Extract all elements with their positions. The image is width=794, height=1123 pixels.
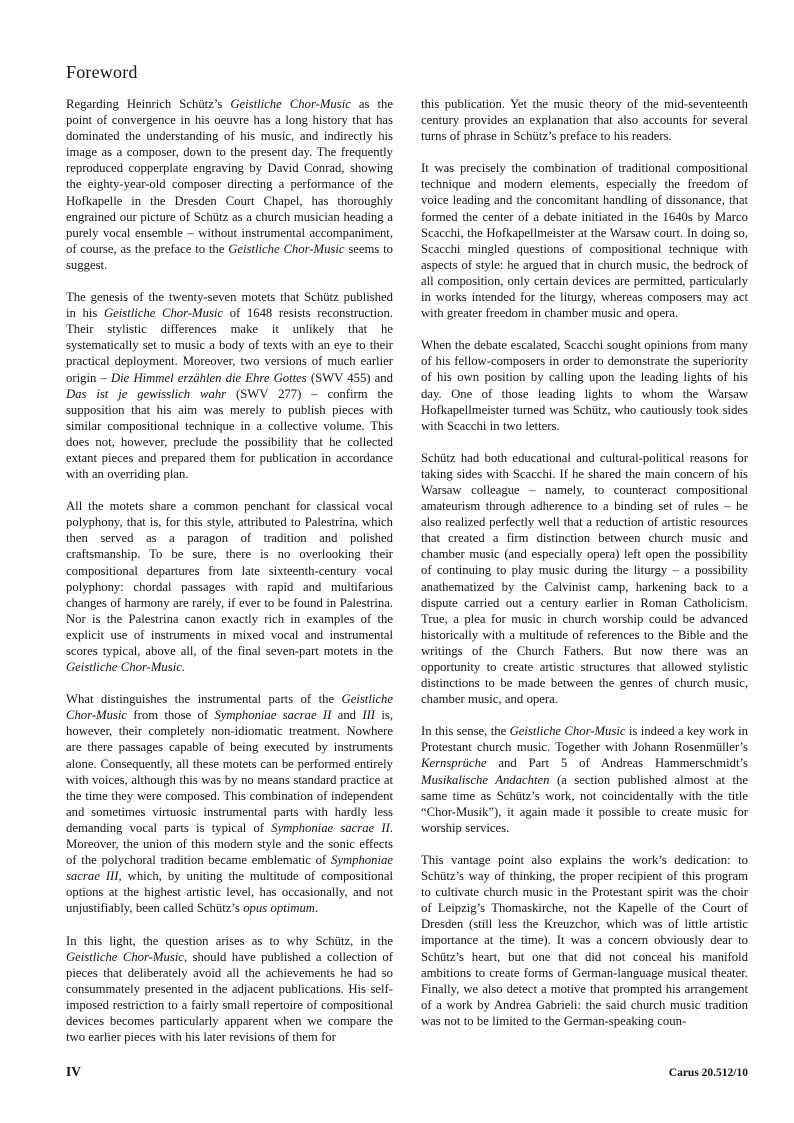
text-run: This vantage point also explains the wor… <box>421 853 748 1028</box>
paragraph: This vantage point also explains the wor… <box>421 852 748 1029</box>
italic-text-run: Symphoniae sacrae II <box>214 708 331 722</box>
text-run: from those of <box>127 708 214 722</box>
paragraph: Regarding Heinrich Schütz’s Geistliche C… <box>66 96 393 273</box>
left-column: Regarding Heinrich Schütz’s Geistliche C… <box>66 96 393 1045</box>
document-page: Foreword Regarding Heinrich Schütz’s Gei… <box>0 0 794 1123</box>
text-run: What distinguishes the instrumental part… <box>66 692 342 706</box>
text-run: In this light, the question arises as to… <box>66 934 393 948</box>
italic-text-run: Geistliche Chor-Music <box>66 660 182 674</box>
text-run: and Part 5 of Andreas Hammerschmidt’s <box>487 756 748 770</box>
text-run: is, however, their completely non-idioma… <box>66 708 393 835</box>
paragraph: When the debate escalated, Scacchi sough… <box>421 337 748 434</box>
page-footer: IV Carus 20.512/10 <box>66 1064 748 1080</box>
text-run: (SWV 455) and <box>307 371 393 385</box>
paragraph: The genesis of the twenty-seven motets t… <box>66 289 393 482</box>
text-run: Regarding Heinrich Schütz’s <box>66 97 230 111</box>
italic-text-run: Kernsprüche <box>421 756 487 770</box>
text-run: . <box>315 901 318 915</box>
paragraph: What distinguishes the instrumental part… <box>66 691 393 916</box>
italic-text-run: Symphoniae sacrae II <box>271 821 390 835</box>
text-run: . <box>182 660 185 674</box>
page-number: IV <box>66 1064 81 1080</box>
text-run: this publication. Yet the music theory o… <box>421 97 748 143</box>
paragraph: Schütz had both educational and cultural… <box>421 450 748 708</box>
text-run: as the point of convergence in his oeuvr… <box>66 97 393 256</box>
paragraph: In this light, the question arises as to… <box>66 933 393 1046</box>
catalog-number: Carus 20.512/10 <box>669 1067 748 1079</box>
italic-text-run: Musikalische Andachten <box>421 773 549 787</box>
italic-text-run: Das ist je gewisslich wahr <box>66 387 226 401</box>
text-run: In this sense, the <box>421 724 510 738</box>
text-run: It was precisely the combination of trad… <box>421 161 748 320</box>
italic-text-run: Geistliche Chor-Music <box>66 950 184 964</box>
text-run: When the debate escalated, Scacchi sough… <box>421 338 748 432</box>
italic-text-run: III <box>362 708 375 722</box>
paragraph: this publication. Yet the music theory o… <box>421 96 748 144</box>
italic-text-run: Die Himmel erzählen die Ehre Gottes <box>111 371 307 385</box>
italic-text-run: Geistliche Chor-Music <box>230 97 351 111</box>
italic-text-run: Geistliche Chor-Music <box>228 242 344 256</box>
italic-text-run: Geistliche Chor-Music <box>104 306 223 320</box>
two-column-text: Regarding Heinrich Schütz’s Geistliche C… <box>66 96 748 1045</box>
page-title: Foreword <box>66 62 138 83</box>
paragraph: It was precisely the combination of trad… <box>421 160 748 321</box>
paragraph: All the motets share a common penchant f… <box>66 498 393 675</box>
text-run: Schütz had both educational and cultural… <box>421 451 748 706</box>
text-run: All the motets share a common penchant f… <box>66 499 393 658</box>
italic-text-run: opus optimum <box>243 901 315 915</box>
right-column: this publication. Yet the music theory o… <box>421 96 748 1045</box>
italic-text-run: Geistliche Chor-Music <box>510 724 626 738</box>
text-run: and <box>331 708 362 722</box>
paragraph: In this sense, the Geistliche Chor-Music… <box>421 723 748 836</box>
